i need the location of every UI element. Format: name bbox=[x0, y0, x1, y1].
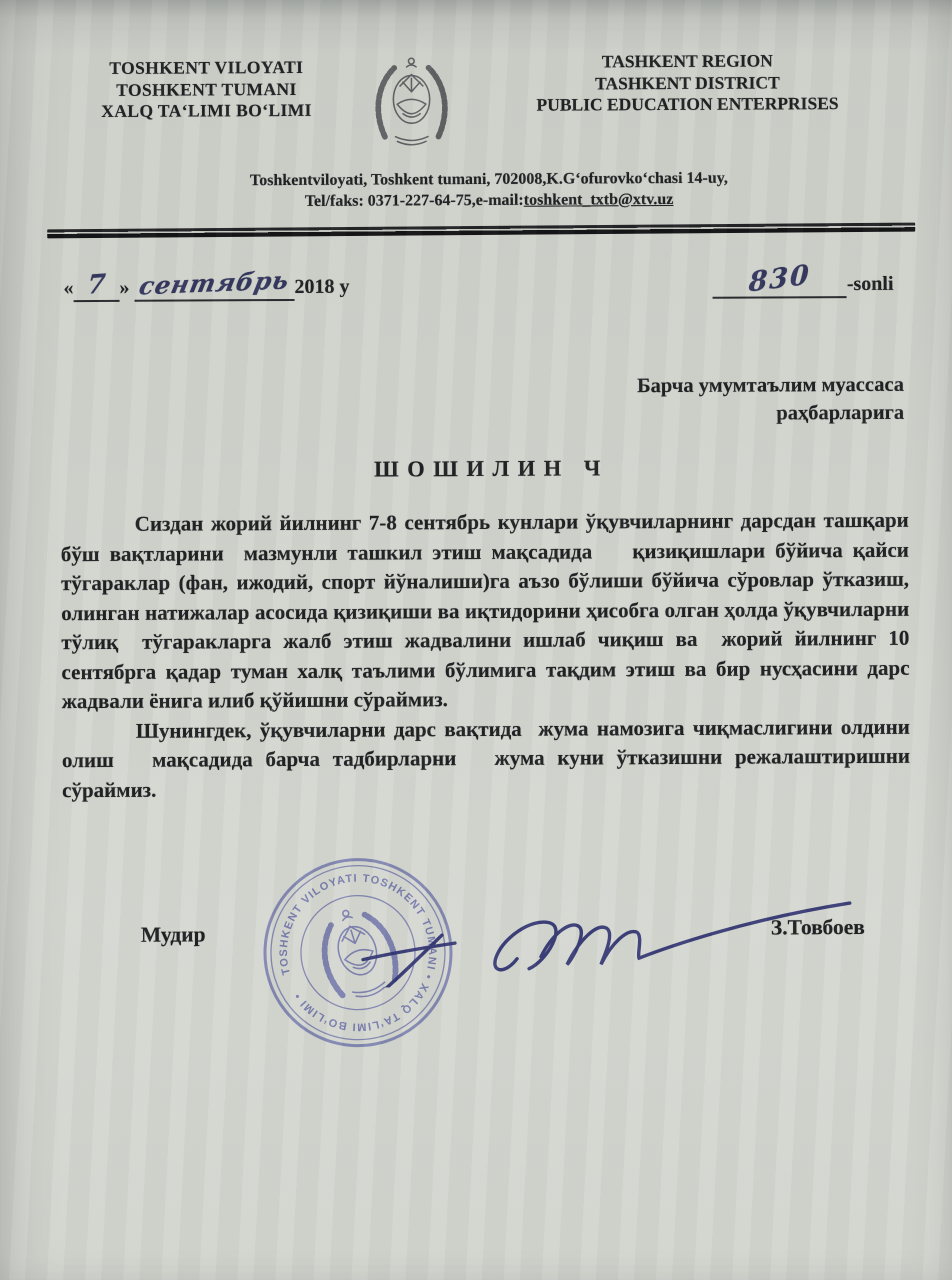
org-line: TOSHKENT VILOYATI bbox=[60, 57, 352, 80]
org-line: TOSHKENT TUMANI bbox=[60, 78, 352, 101]
date-day-field: 7 bbox=[73, 277, 119, 302]
divider-rule bbox=[47, 223, 915, 239]
contact-line: Tel/faks: 0371-227-64-75,e-mail:toshkent… bbox=[109, 188, 869, 213]
date-month-field: сентябрь bbox=[134, 276, 294, 302]
addressee-line: Барча умумтаълим муассаса bbox=[2, 372, 904, 404]
doc-number-field: 830 bbox=[713, 273, 847, 299]
addressee-block: Барча умумтаълим муассаса раҳбарларига bbox=[2, 372, 952, 432]
org-line: XALQ TA‘LIMI BO‘LIMI bbox=[61, 100, 353, 123]
urgency-title: ШОШИЛИН Ч bbox=[2, 454, 952, 485]
email-address: toshkent_txtb@xtv.uz bbox=[524, 191, 674, 209]
date-month-handwritten: сентябрь bbox=[138, 273, 291, 293]
scanned-letter-page: TOSHKENT VILOYATI TOSHKENT TUMANI XALQ T… bbox=[0, 0, 952, 1280]
contact-block: Toshkentviloyati, Toshkent tumani, 70200… bbox=[109, 167, 869, 213]
reference-line: «7» сентябрь2018 y 830-sonli bbox=[1, 273, 952, 303]
org-line: TASHKENT REGION bbox=[470, 50, 904, 74]
org-name-english: TASHKENT REGION TASHKENT DISTRICT PUBLIC… bbox=[470, 48, 904, 117]
body-paragraph-2: Шунингдек, ўқувчиларни дарс вақтида жума… bbox=[4, 712, 952, 805]
signature-block: Мудир З.Товбоев TOSHKENT VILOYATI TOSHKE… bbox=[4, 834, 952, 1159]
org-line: TASHKENT DISTRICT bbox=[470, 71, 904, 95]
body-paragraph-1: Сиздан жорий йилнинг 7-8 сентябрь кунлар… bbox=[3, 506, 952, 717]
doc-number-suffix: -sonli bbox=[847, 273, 894, 295]
doc-number-line: 830-sonli bbox=[713, 273, 894, 299]
signature-position-label: Мудир bbox=[141, 922, 206, 947]
state-emblem-icon bbox=[352, 52, 471, 154]
date-day-handwritten: 7 bbox=[87, 277, 106, 292]
org-line: PUBLIC EDUCATION ENTERPRISES bbox=[470, 93, 904, 117]
signature-ink-icon bbox=[304, 835, 885, 988]
date-year: 2018 y bbox=[294, 276, 349, 298]
date-line: «7» сентябрь2018 y bbox=[63, 276, 349, 302]
open-quote: « bbox=[63, 277, 73, 299]
doc-number-handwritten: 830 bbox=[749, 268, 812, 290]
close-quote: » bbox=[119, 277, 129, 299]
letterhead: TOSHKENT VILOYATI TOSHKENT TUMANI XALQ T… bbox=[0, 0, 952, 155]
org-name-uzbek: TOSHKENT VILOYATI TOSHKENT TUMANI XALQ T… bbox=[60, 51, 352, 123]
telfax-text: Tel/faks: 0371-227-64-75,e-mail: bbox=[305, 192, 524, 210]
addressee-line: раҳбарларига bbox=[2, 399, 904, 431]
